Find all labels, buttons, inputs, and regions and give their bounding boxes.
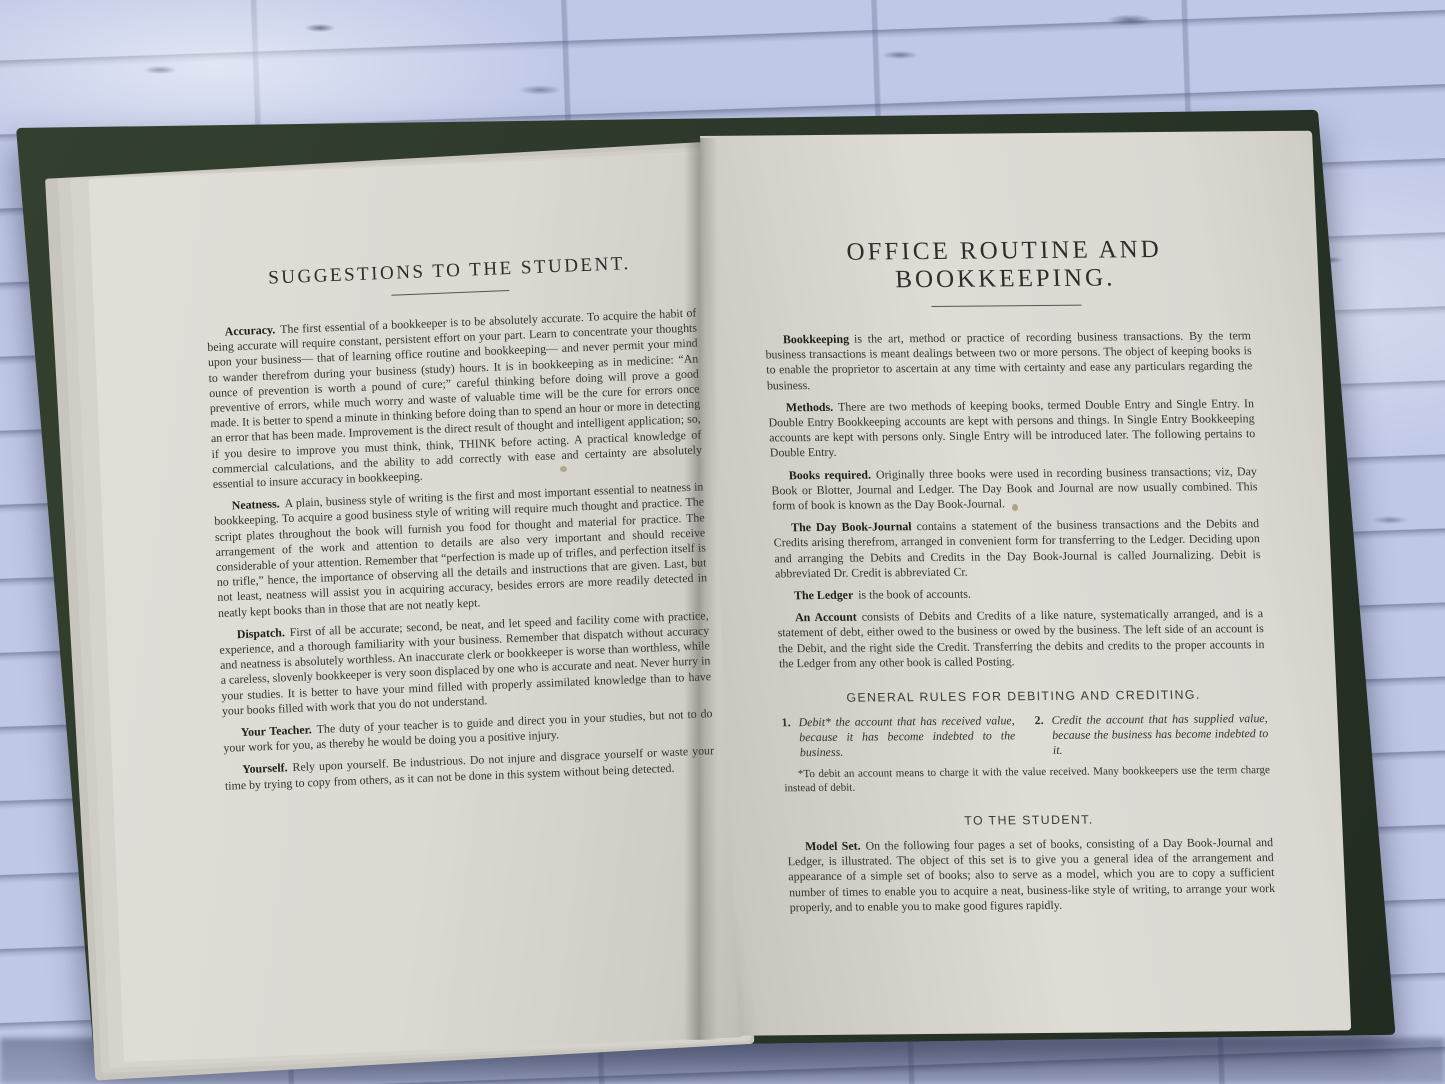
to-the-student-heading: TO THE STUDENT. xyxy=(786,811,1273,829)
debit-footnote: *To debit an account means to charge it … xyxy=(784,764,1271,795)
paragraph-ledger: The Ledgeris the book of accounts. xyxy=(776,584,1263,603)
paragraph-model-set: Model Set.On the following four pages a … xyxy=(787,835,1276,915)
paragraph-lead: The Ledger xyxy=(794,588,854,603)
paragraph-lead: An Account xyxy=(795,610,857,625)
right-page: OFFICE ROUTINE AND BOOKKEEPING. Bookkeep… xyxy=(700,131,1351,1036)
paragraph-lead: Neatness. xyxy=(231,497,279,513)
paragraph-dispatch: Dispatch.First of all be accurate; secon… xyxy=(219,608,712,719)
paragraph-text: The first essential of a bookkeeper is t… xyxy=(207,306,702,492)
paragraph-day-book-journal: The Day Book-Journalcontains a statement… xyxy=(773,516,1262,581)
paragraph-lead: Model Set. xyxy=(805,839,861,853)
paragraph-neatness: Neatness.A plain, business style of writ… xyxy=(213,480,707,621)
paragraph-text: A plain, business style of writing is th… xyxy=(214,480,707,620)
rule-number: 2. xyxy=(1034,713,1045,758)
paragraph-lead: Books required. xyxy=(789,467,872,482)
paragraph-methods: Methods.There are two methods of keeping… xyxy=(768,396,1257,461)
paragraph-text: is the book of accounts. xyxy=(858,587,971,602)
paragraph-text: First of all be accurate; second, be nea… xyxy=(219,608,711,718)
left-page-title: SUGGESTIONS TO THE STUDENT. xyxy=(204,251,694,293)
book-gutter-shadow xyxy=(684,138,718,1040)
page-stain xyxy=(1012,504,1018,511)
paragraph-an-account: An Accountconsists of Debits and Credits… xyxy=(777,606,1266,671)
paragraph-lead: Accuracy. xyxy=(224,322,275,338)
right-page-title: OFFICE ROUTINE AND BOOKKEEPING. xyxy=(761,235,1249,295)
title-divider-rule xyxy=(391,290,509,296)
rule-credit: 2. Credit the account that has supplied … xyxy=(1034,711,1269,758)
paragraph-lead: The Day Book-Journal xyxy=(791,519,912,534)
rule-debit: 1. Debit* the account that has received … xyxy=(781,713,1016,760)
left-page-content: SUGGESTIONS TO THE STUDENT. Accuracy.The… xyxy=(88,154,730,798)
paragraph-bookkeeping: Bookkeepingis the art, method or practic… xyxy=(765,328,1254,393)
rule-text: Credit the account that has supplied val… xyxy=(1051,711,1269,758)
paragraph-lead: Your Teacher. xyxy=(241,722,312,739)
right-page-content: OFFICE ROUTINE AND BOOKKEEPING. Bookkeep… xyxy=(700,131,1346,916)
left-page: SUGGESTIONS TO THE STUDENT. Accuracy.The… xyxy=(88,154,741,1062)
paragraph-lead: Yourself. xyxy=(242,761,288,777)
book-photo-scene: SUGGESTIONS TO THE STUDENT. Accuracy.The… xyxy=(0,0,1445,1084)
paragraph-lead: Dispatch. xyxy=(237,625,285,641)
paragraph-accuracy: Accuracy.The first essential of a bookke… xyxy=(206,306,702,493)
title-divider-rule xyxy=(931,305,1081,307)
rule-text: Debit* the account that has received val… xyxy=(798,713,1016,760)
paragraph-lead: Methods. xyxy=(786,400,834,414)
page-stain xyxy=(560,466,567,472)
paragraph-text: There are two methods of keeping books, … xyxy=(768,396,1255,460)
rule-number: 1. xyxy=(781,715,792,760)
general-rules-heading: GENERAL RULES FOR DEBITING AND CREDITING… xyxy=(780,687,1267,705)
paragraph-lead: Bookkeeping xyxy=(783,332,850,347)
debit-credit-rules: 1. Debit* the account that has received … xyxy=(781,711,1269,760)
